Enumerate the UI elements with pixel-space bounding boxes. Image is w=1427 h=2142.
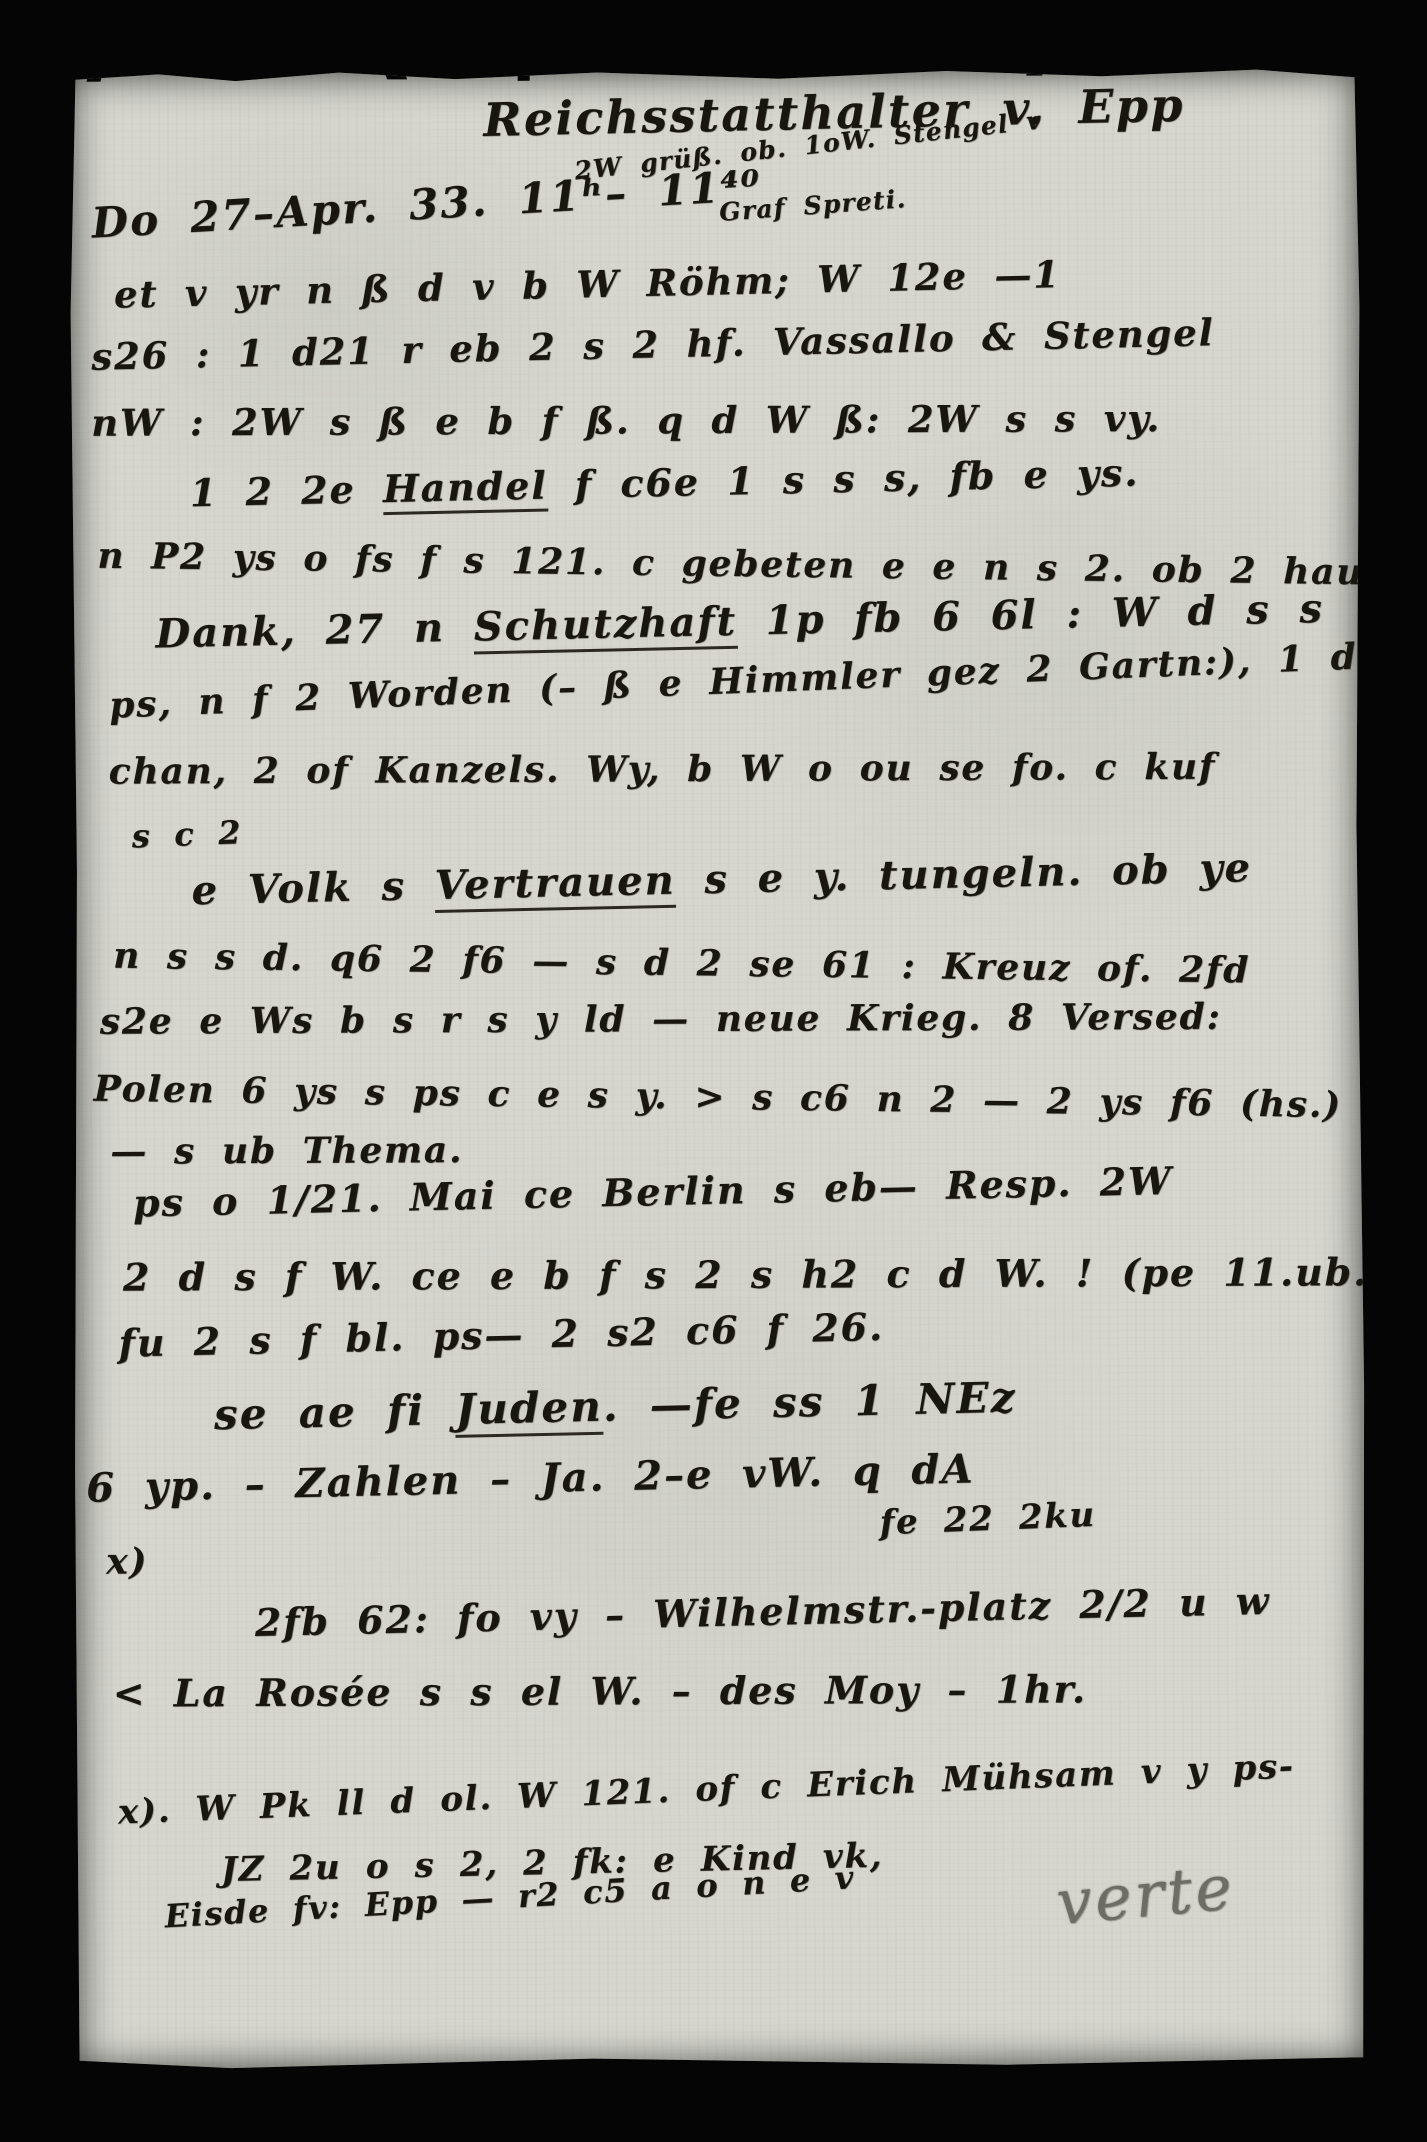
photo-black-border: Reichsstatthalter v. EppDo 27–Apr. 33. 1… [0, 0, 1427, 2142]
manuscript-page: Reichsstatthalter v. EppDo 27–Apr. 33. 1… [68, 67, 1369, 2071]
text-run: 1p fb 6 6l : W d s s [736, 585, 1324, 645]
text-run: e Volk s [191, 862, 435, 914]
manuscript-line: et v yr n ß d v b W Röhm; W 12e —1 [114, 252, 1062, 317]
text-run: x). W Pk ll d ol. W 121. of c Erich Mühs… [117, 1746, 1295, 1832]
text-run: 2 d s f W. ce e b f s 2 s h2 c d W. ! (p… [123, 1249, 1368, 1299]
manuscript-line: s2e e Ws b s r s y ld — neue Krieg. 8 Ve… [100, 996, 1222, 1043]
manuscript-line: n s s d. q6 2 f6 — s d 2 se 61 : Kreuz o… [113, 935, 1251, 992]
underlined-word: Schutzhaft [473, 598, 737, 655]
text-run: x) [106, 1540, 148, 1582]
manuscript-line: 1 2 2e Handel f c6e 1 s s s, fb e ys. [189, 450, 1139, 516]
text-run: Dank, 27 n [155, 604, 474, 658]
text-run: et v yr n ß d v b W Röhm; W 12e —1 [114, 252, 1062, 317]
text-run: 6 yp. – Zahlen – Ja. 2–e vW. q dA [86, 1445, 975, 1511]
text-run: s2e e Ws b s r s y ld — neue Krieg. 8 Ve… [100, 996, 1222, 1043]
text-run: < La Rosée s s el W. – des Moy – 1hr. [113, 1666, 1087, 1715]
scan-artifact [1026, 69, 1045, 76]
scan-artifact [86, 73, 102, 82]
manuscript-line: n P2 ys o fs f s 121. c gebeten e e n s … [97, 535, 1386, 594]
text-run: f c6e 1 s s s, fb e ys. [547, 450, 1140, 508]
manuscript-line: fu 2 s f bl. ps— 2 s2 c6 f 26. [118, 1304, 884, 1366]
underlined-word: Handel [382, 462, 548, 515]
text-run: fu 2 s f bl. ps— 2 s2 c6 f 26. [118, 1304, 884, 1366]
footnote-marker: x) [106, 1540, 148, 1582]
text-run: n s s d. q6 2 f6 — s d 2 se 61 : Kreuz o… [113, 935, 1251, 992]
text-run: s e y. tungeln. ob ye [675, 844, 1252, 904]
manuscript-line: e Volk s Vertrauen s e y. tungeln. ob ye [191, 844, 1252, 914]
manuscript-line: 2fb 62: fo vy – Wilhelmstr.-platz 2/2 u … [254, 1578, 1271, 1645]
text-run: chan, 2 of Kanzels. Wy, b W o ou se fo. … [109, 746, 1217, 793]
manuscript-line: 6 yp. – Zahlen – Ja. 2–e vW. q dA [86, 1445, 975, 1511]
manuscript-line: — s ub Thema. [110, 1129, 463, 1173]
manuscript-line: fe 22 2ku [879, 1495, 1097, 1543]
underlined-word: Vertrauen [434, 857, 676, 913]
scan-artifact [518, 71, 530, 81]
manuscript-line: < La Rosée s s el W. – des Moy – 1hr. [113, 1666, 1087, 1715]
footnote-line: x). W Pk ll d ol. W 121. of c Erich Mühs… [117, 1746, 1295, 1832]
manuscript-line: 2 d s f W. ce e b f s 2 s h2 c d W. ! (p… [123, 1249, 1368, 1299]
manuscript-line: se ae fi Juden. —fe ss 1 NEz [213, 1373, 1017, 1440]
manuscript-line: s c 2 [131, 813, 243, 855]
scan-artifact [384, 71, 407, 79]
text-run: — s ub Thema. [110, 1129, 463, 1173]
text-run: fe 22 2ku [879, 1495, 1097, 1543]
manuscript-line: Polen 6 ys s ps c e s y. > s c6 n 2 — 2 … [93, 1068, 1342, 1126]
text-run: verte [1053, 1850, 1237, 1939]
manuscript-line: chan, 2 of Kanzels. Wy, b W o ou se fo. … [109, 746, 1217, 793]
manuscript-line: nW : 2W s ß e b f ß. q d W ß: 2W s s vy. [91, 396, 1161, 445]
text-run: n P2 ys o fs f s 121. c gebeten e e n s … [97, 535, 1386, 594]
text-run: nW : 2W s ß e b f ß. q d W ß: 2W s s vy. [91, 396, 1161, 445]
text-run: Polen 6 ys s ps c e s y. > s c6 n 2 — 2 … [93, 1068, 1342, 1126]
manuscript-line: s26 : 1 d21 r eb 2 s 2 hf. Vassallo & St… [91, 310, 1215, 378]
text-run: . —fe ss 1 NEz [602, 1373, 1017, 1431]
verte-pencil-note: verte [1053, 1850, 1237, 1939]
text-run: se ae fi [213, 1385, 455, 1439]
text-run: s c 2 [131, 813, 243, 855]
underlined-word: Juden [455, 1382, 604, 1438]
text-run: 2fb 62: fo vy – Wilhelmstr.-platz 2/2 u … [254, 1578, 1271, 1645]
text-run: 1 2 2e [189, 466, 383, 515]
handwriting-layer: Reichsstatthalter v. EppDo 27–Apr. 33. 1… [68, 67, 1360, 73]
text-run: s26 : 1 d21 r eb 2 s 2 hf. Vassallo & St… [91, 310, 1215, 378]
